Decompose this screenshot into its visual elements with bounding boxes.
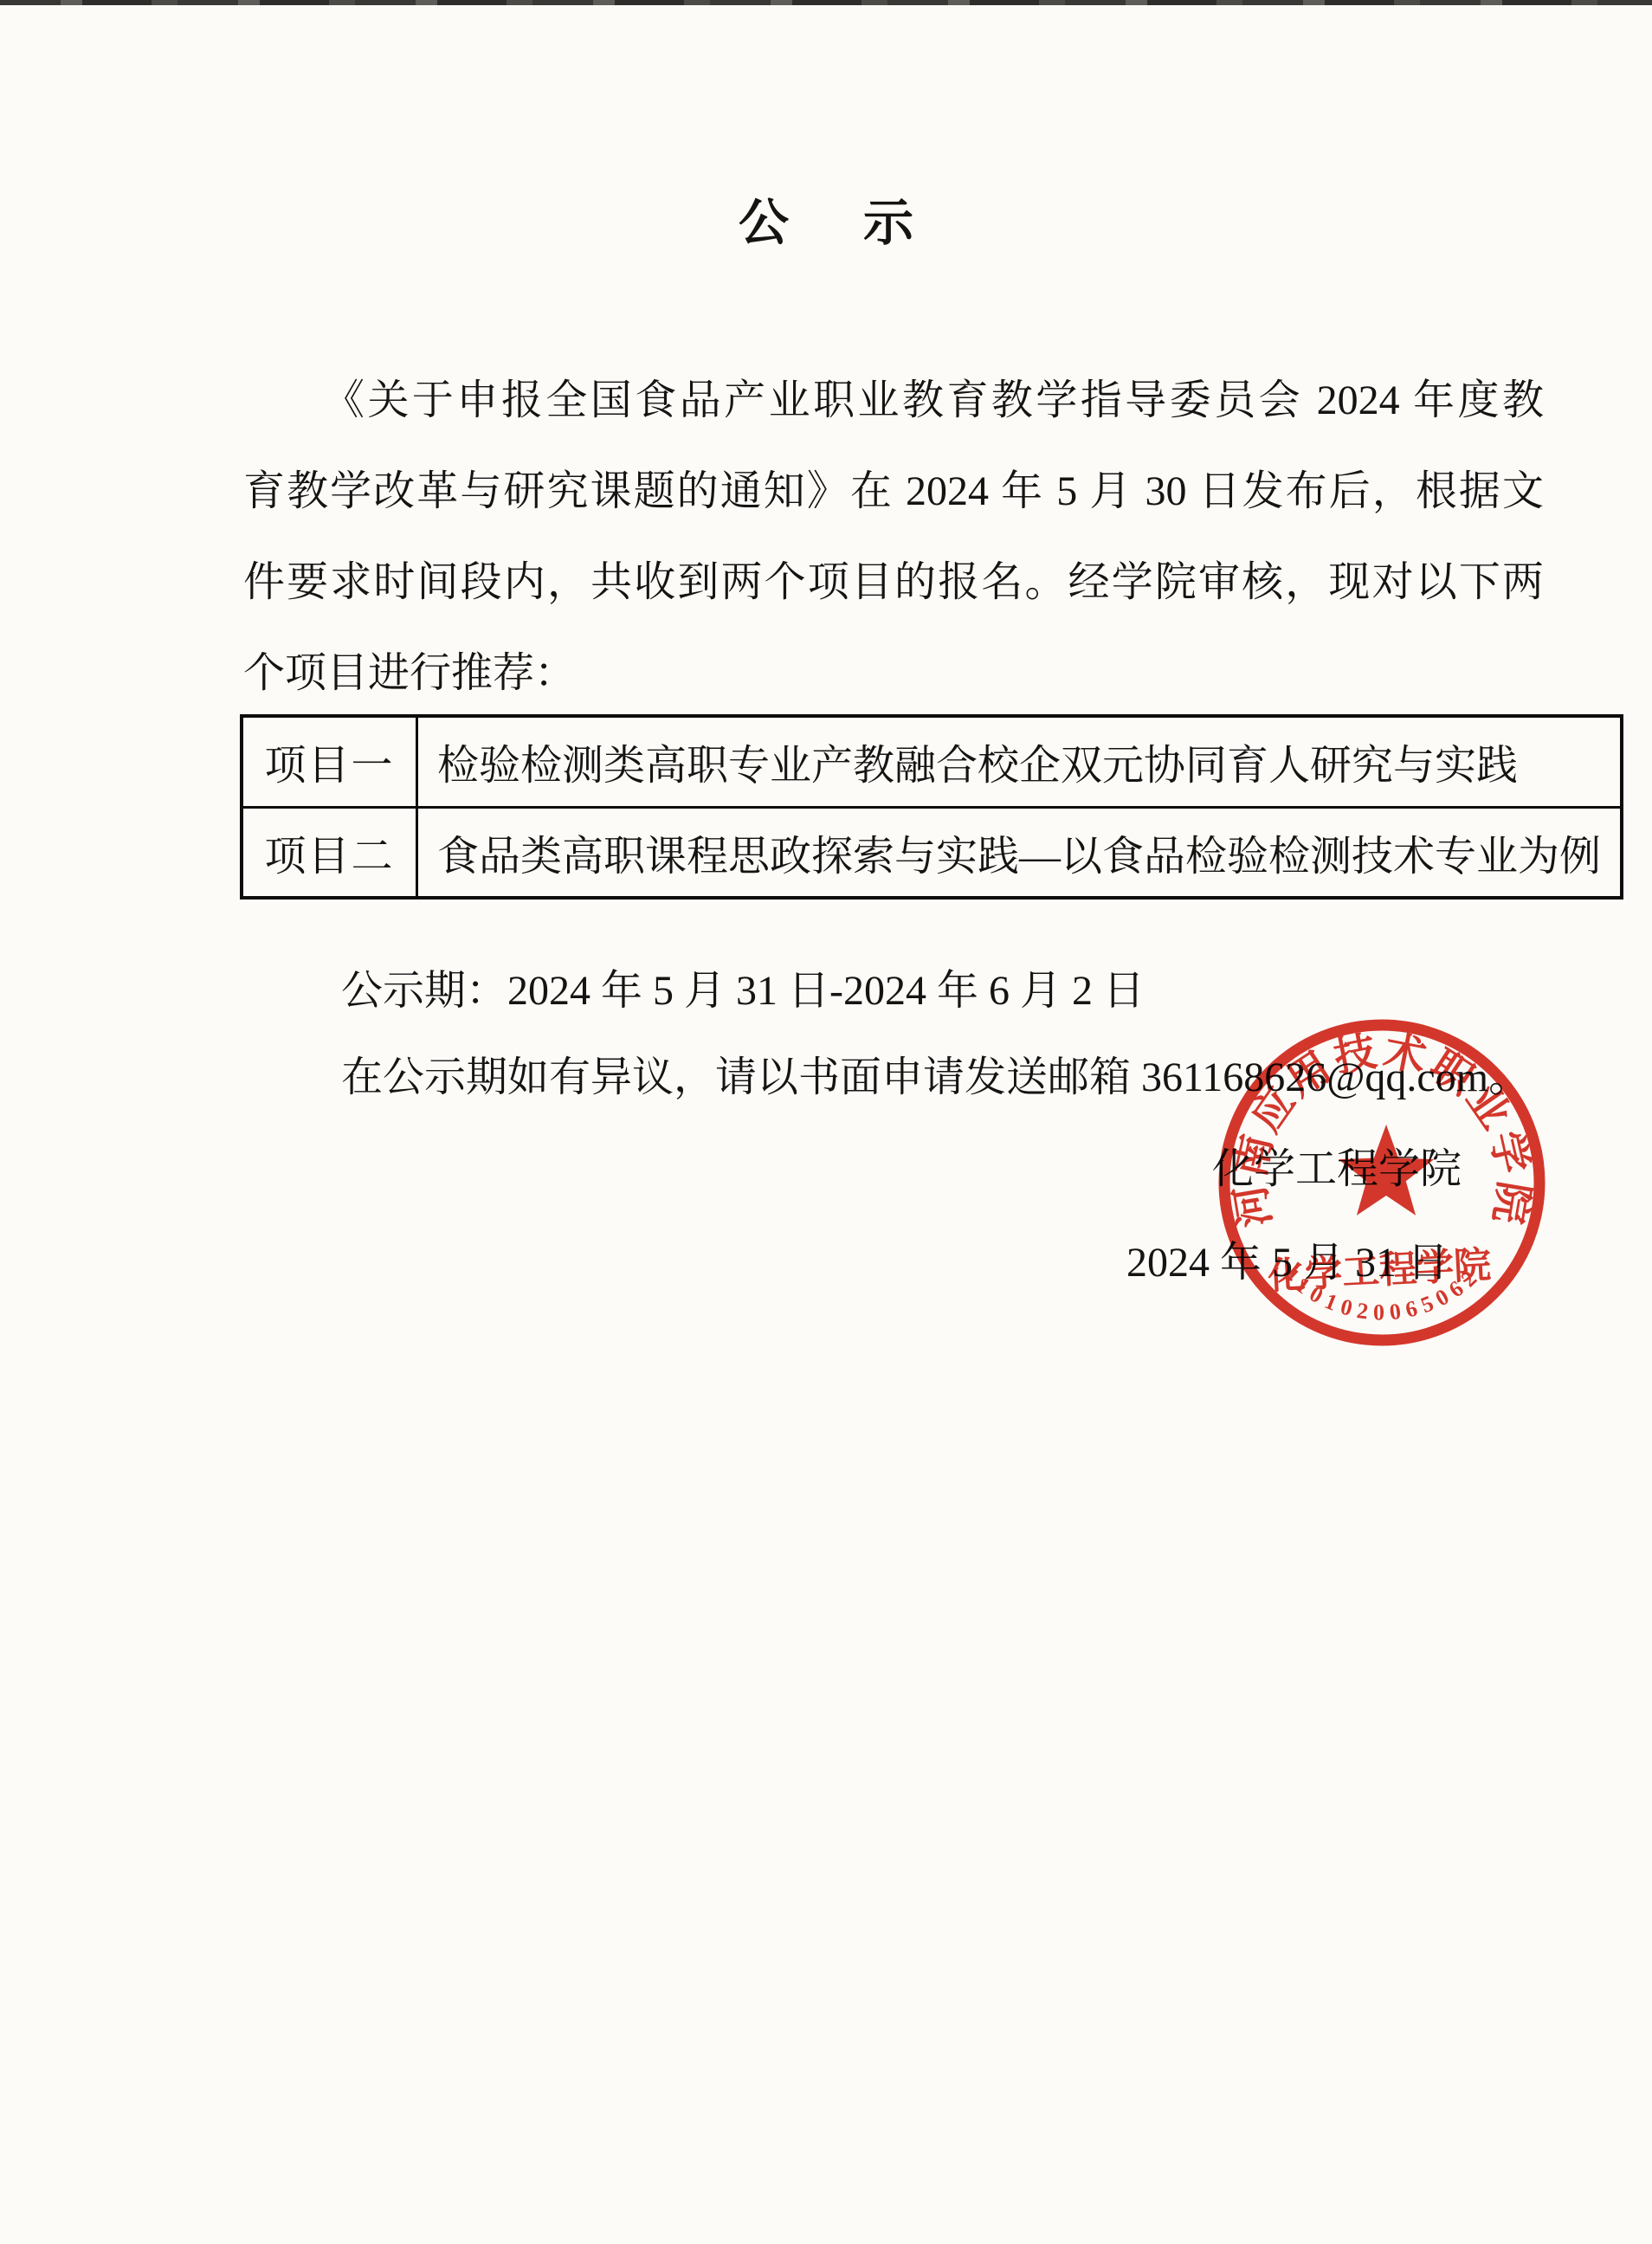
paragraph-line: 育教学改革与研究课题的通知》在 2024 年 5 月 30 日发布后，根据文 bbox=[243, 446, 1544, 537]
paragraph-line: 个项目进行推荐： bbox=[243, 628, 1544, 719]
seal-ring-text: 河南应用技术职业学院 bbox=[1227, 1028, 1537, 1230]
scan-edge-artifact bbox=[0, 0, 1652, 5]
project-title-cell: 检验检测类高职专业产教融合校企双元协同育人研究与实践 bbox=[417, 716, 1623, 807]
publicity-period-line: 公示期：2024 年 5 月 31 日-2024 年 6 月 2 日 bbox=[341, 966, 1145, 1016]
projects-table: 项目一检验检测类高职专业产教融合校企双元协同育人研究与实践项目二食品类高职课程思… bbox=[240, 714, 1623, 900]
project-title-cell: 食品类高职课程思政探索与实践—以食品检验检测技术专业为例 bbox=[417, 807, 1623, 898]
seal-star-icon bbox=[1339, 1125, 1434, 1215]
table-row: 项目一检验检测类高职专业产教融合校企双元协同育人研究与实践 bbox=[242, 716, 1622, 807]
official-seal: 河南应用技术职业学院 化学工程学院 4101020065062 bbox=[1202, 1009, 1562, 1370]
project-label-cell: 项目二 bbox=[242, 807, 417, 898]
projects-table-body: 项目一检验检测类高职专业产教融合校企双元协同育人研究与实践项目二食品类高职课程思… bbox=[242, 716, 1622, 898]
project-label-cell: 项目一 bbox=[242, 716, 417, 807]
announcement-document: 公 示 《关于申报全国食品产业职业教育教学指导委员会 2024 年度教育教学改革… bbox=[0, 0, 1652, 2244]
paragraph-line: 件要求时间段内，共收到两个项目的报名。经学院审核，现对以下两 bbox=[243, 537, 1544, 628]
announcement-paragraph: 《关于申报全国食品产业职业教育教学指导委员会 2024 年度教育教学改革与研究课… bbox=[243, 355, 1544, 719]
table-row: 项目二食品类高职课程思政探索与实践—以食品检验检测技术专业为例 bbox=[242, 807, 1622, 898]
page-title: 公 示 bbox=[0, 182, 1652, 255]
paragraph-line: 《关于申报全国食品产业职业教育教学指导委员会 2024 年度教 bbox=[243, 355, 1544, 446]
